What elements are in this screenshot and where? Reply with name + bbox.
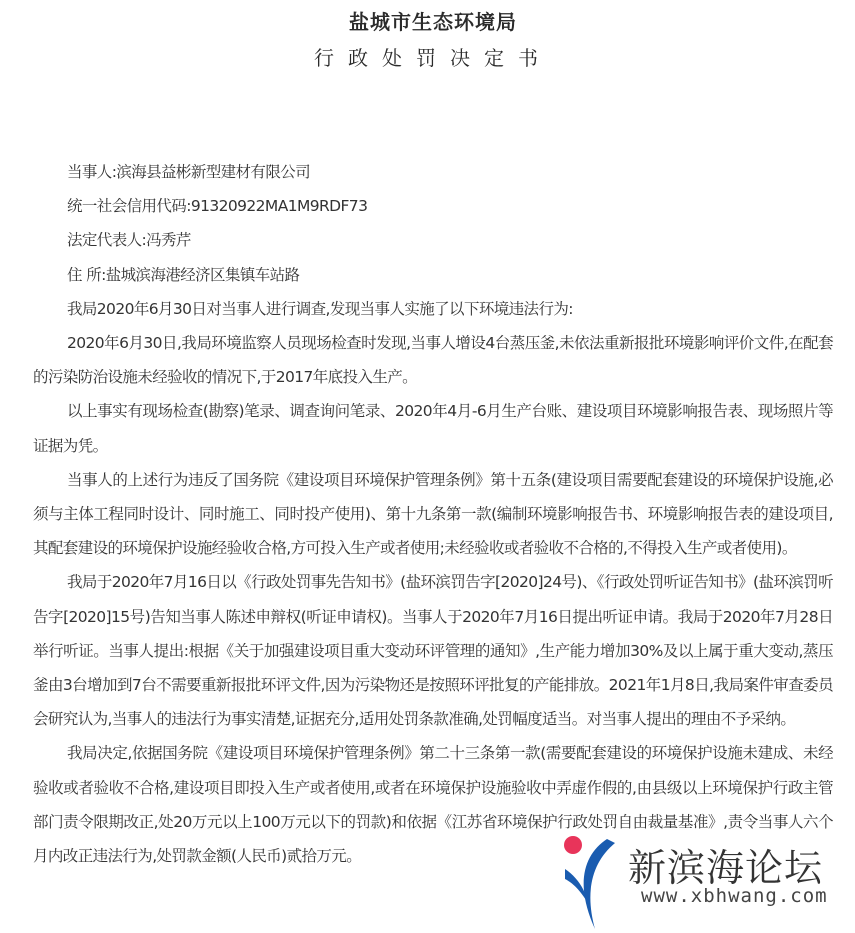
paragraph-investigation: 我局2020年6月30日对当事人进行调查,发现当事人实施了以下环境违法行为: [33,292,833,326]
paragraph-hearing: 我局于2020年7月16日以《行政处罚事先告知书》(盐环滨罚告字[2020]24… [33,565,833,736]
watermark-url: www.xbhwang.com [641,885,828,907]
document-body: 当事人:滨海县益彬新型建材有限公司 统一社会信用代码:91320922MA1M9… [33,155,833,873]
document-type-title: 行政处罚决定书 [33,42,833,71]
paragraph-findings: 2020年6月30日,我局环境监察人员现场检查时发现,当事人增设4台蒸压釜,未依… [33,326,833,394]
address: 住 所:盐城滨海港经济区集镇车站路 [33,258,833,292]
credit-code: 统一社会信用代码:91320922MA1M9RDF73 [33,189,833,223]
agency-title: 盐城市生态环境局 [33,6,833,35]
paragraph-violation: 当事人的上述行为违反了国务院《建设项目环境保护管理条例》第十五条(建设项目需要配… [33,463,833,566]
paragraph-evidence: 以上事实有现场检查(勘察)笔录、调查询问笔录、2020年4月-6月生产台账、建设… [33,394,833,462]
paragraph-decision: 我局决定,依据国务院《建设项目环境保护管理条例》第二十三条第一款(需要配套建设的… [33,736,833,873]
party-name: 当事人:滨海县益彬新型建材有限公司 [33,155,833,189]
legal-representative: 法定代表人:冯秀芹 [33,223,833,257]
